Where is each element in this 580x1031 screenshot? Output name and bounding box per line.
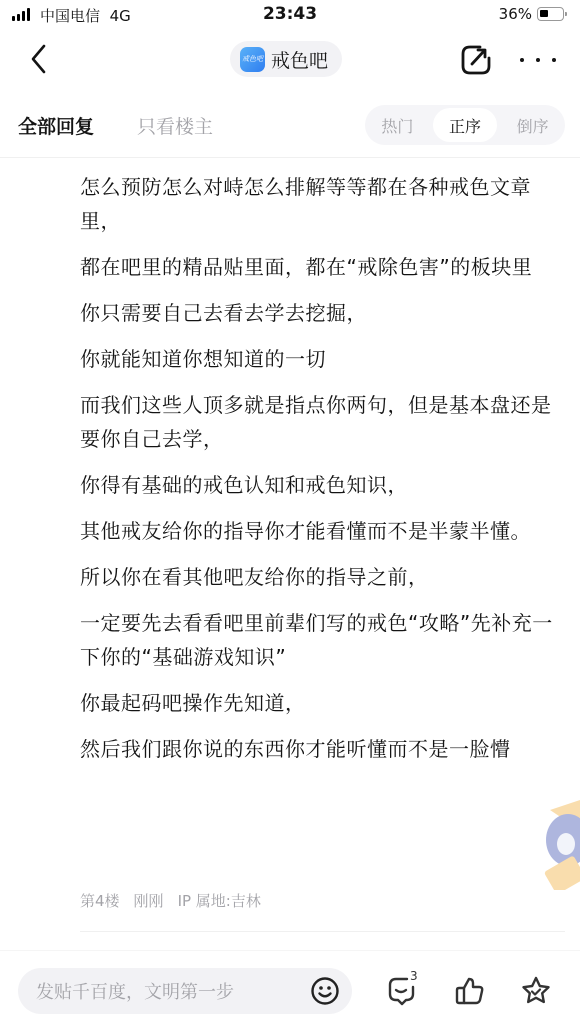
tab-only-op[interactable]: 只看楼主 bbox=[137, 112, 213, 139]
sort-ascending[interactable]: 正序 bbox=[433, 108, 498, 142]
ip-location: IP 属地:吉林 bbox=[178, 890, 261, 911]
share-icon bbox=[458, 42, 494, 78]
battery-percent: 36% bbox=[499, 5, 532, 23]
mascot-watermark-icon bbox=[530, 800, 580, 890]
back-button[interactable] bbox=[26, 42, 54, 76]
status-bar: 中国电信 4G 23:43 36% bbox=[0, 0, 580, 30]
floor-number: 第4楼 bbox=[80, 890, 120, 911]
emoji-icon bbox=[310, 976, 340, 1006]
comment-count: 3 bbox=[410, 969, 418, 983]
emoji-button[interactable] bbox=[310, 976, 340, 1006]
favorite-icon bbox=[520, 975, 552, 1007]
post-paragraph: 然后我们跟你说的东西你才能听懂而不是一脸懵 bbox=[80, 732, 565, 766]
forum-name: 戒色吧 bbox=[271, 46, 328, 73]
post-paragraph: 而我们这些人顶多就是指点你两句，但是基本盘还是要你自己去学， bbox=[80, 388, 565, 456]
post-paragraph: 你就能知道你想知道的一切 bbox=[80, 342, 565, 376]
post-paragraph: 你只需要自己去看去学去挖掘， bbox=[80, 296, 565, 330]
forum-logo: 戒色吧 bbox=[240, 47, 265, 72]
like-icon bbox=[454, 975, 486, 1007]
post-time: 刚刚 bbox=[134, 890, 164, 911]
post-paragraph: 怎么预防怎么对峙怎么排解等等都在各种戒色文章里， bbox=[80, 170, 565, 238]
favorite-button[interactable] bbox=[520, 975, 552, 1007]
post-paragraph: 都在吧里的精品贴里面，都在“戒除色害”的板块里 bbox=[80, 250, 565, 284]
post-paragraph: 你得有基础的戒色认知和戒色知识， bbox=[80, 468, 565, 502]
battery-icon bbox=[537, 7, 564, 21]
filter-bar: 全部回复 只看楼主 热门 正序 倒序 bbox=[0, 90, 580, 158]
post-paragraph: 所以你在看其他吧友给你的指导之前， bbox=[80, 560, 565, 594]
more-dot bbox=[552, 58, 556, 62]
share-button[interactable] bbox=[458, 42, 494, 78]
tab-all-replies[interactable]: 全部回复 bbox=[18, 112, 94, 139]
clock: 23:43 bbox=[0, 4, 580, 24]
sort-toggle: 热门 正序 倒序 bbox=[365, 105, 565, 145]
reply-input[interactable]: 发贴千百度，文明第一步 bbox=[18, 968, 352, 1014]
nav-bar: 戒色吧 戒色吧 bbox=[0, 30, 580, 90]
post-content: 怎么预防怎么对峙怎么排解等等都在各种戒色文章里， 都在吧里的精品贴里面，都在“戒… bbox=[80, 158, 565, 766]
sort-descending[interactable]: 倒序 bbox=[500, 108, 565, 142]
like-button[interactable] bbox=[454, 975, 486, 1007]
back-icon bbox=[26, 42, 54, 76]
more-dot bbox=[520, 58, 524, 62]
more-dot bbox=[536, 58, 540, 62]
post-meta: 第4楼 刚刚 IP 属地:吉林 bbox=[80, 890, 261, 911]
post-paragraph: 一定要先去看看吧里前辈们写的戒色“攻略”先补充一下你的“基础游戏知识” bbox=[80, 606, 565, 674]
more-button[interactable] bbox=[520, 50, 556, 70]
post-paragraph: 其他戒友给你的指导你才能看懂而不是半蒙半懂。 bbox=[80, 514, 565, 548]
forum-link[interactable]: 戒色吧 戒色吧 bbox=[230, 41, 342, 77]
post-paragraph: 你最起码吧操作先知道， bbox=[80, 686, 565, 720]
divider bbox=[80, 931, 565, 932]
bottom-bar: 发贴千百度，文明第一步 3 bbox=[0, 950, 580, 1031]
sort-hot[interactable]: 热门 bbox=[365, 108, 430, 142]
